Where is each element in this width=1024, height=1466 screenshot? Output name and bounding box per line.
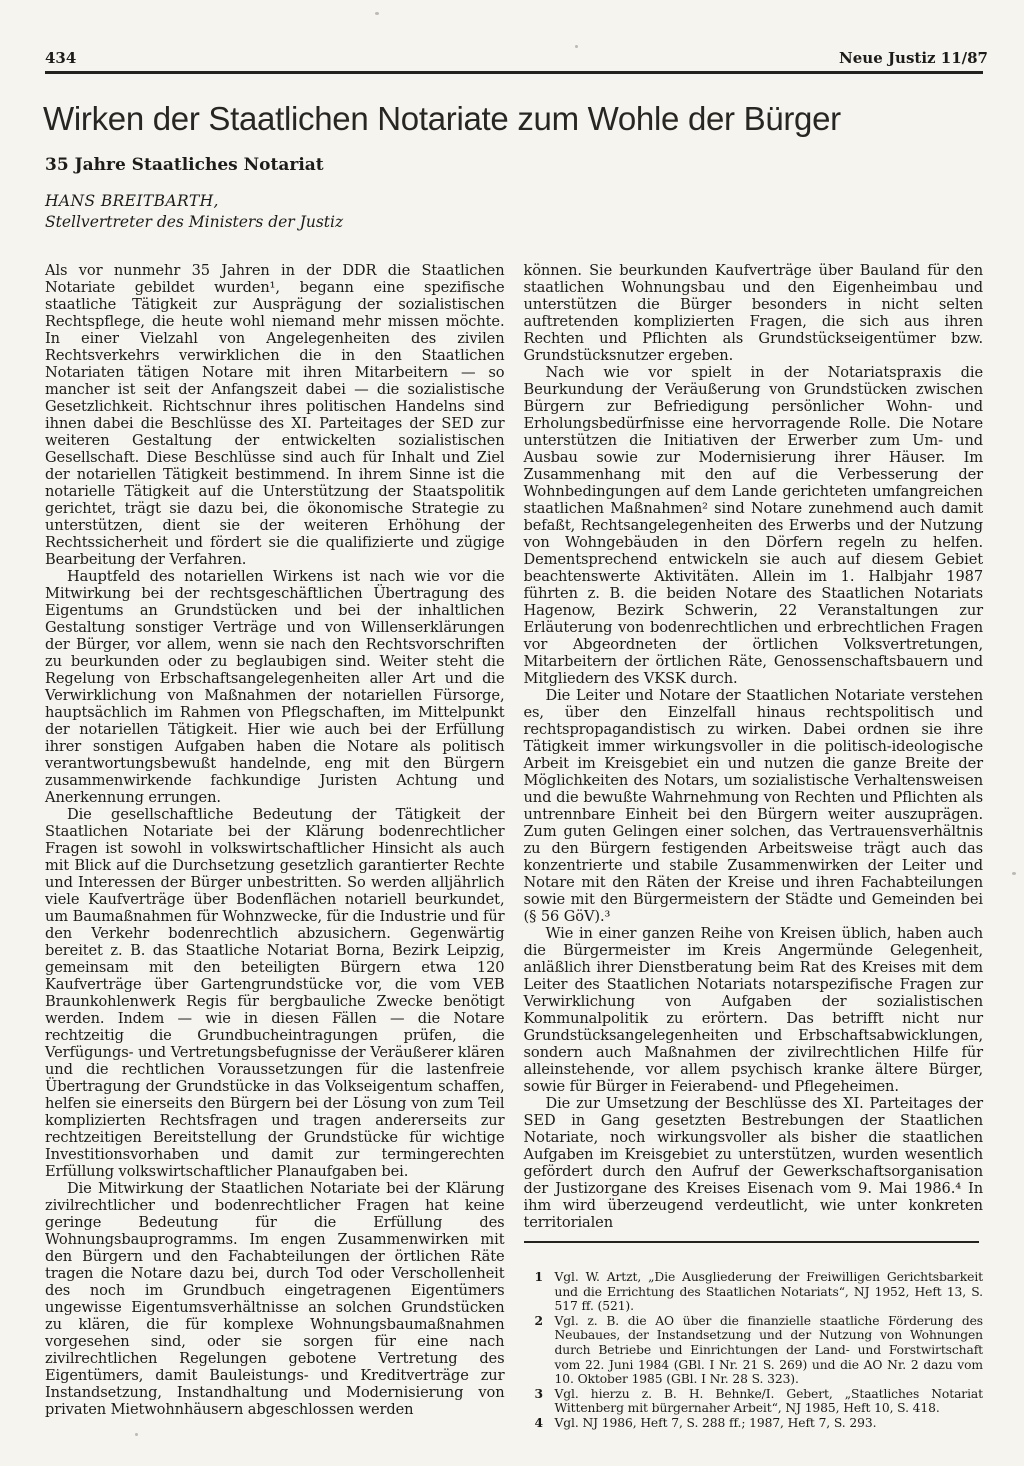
scan-speck	[375, 12, 379, 15]
author-block: HANS BREITBARTH, Stellvertreter des Mini…	[45, 191, 343, 233]
page-number: 434	[45, 49, 76, 67]
footnote-item: 4 Vgl. NJ 1986, Heft 7, S. 288 ff.; 1987…	[524, 1416, 984, 1431]
footnote-item: 3 Vgl. hierzu z. B. H. Behnke/I. Gebert,…	[524, 1387, 984, 1416]
footnote-text: Vgl. NJ 1986, Heft 7, S. 288 ff.; 1987, …	[555, 1416, 984, 1431]
author-name: HANS BREITBARTH,	[45, 191, 343, 212]
scan-speck	[135, 1433, 138, 1436]
footnotes-section: 1 Vgl. W. Artzt, „Die Ausgliederung der …	[524, 1241, 984, 1431]
paragraph: Die Leiter und Notare der Staatlichen No…	[524, 687, 984, 925]
footnote-item: 1 Vgl. W. Artzt, „Die Ausgliederung der …	[524, 1270, 984, 1314]
article-body: Als vor nunmehr 35 Jahren in der DDR die…	[45, 262, 983, 1431]
scan-speck	[575, 45, 578, 48]
footnote-number: 2	[535, 1314, 555, 1387]
journal-page: 434 Neue Justiz 11/87 Wirken der Staatli…	[0, 0, 1024, 1466]
paragraph: Hauptfeld des notariellen Wirkens ist na…	[45, 568, 505, 806]
paragraph: Die zur Umsetzung der Beschlüsse des XI.…	[524, 1095, 984, 1231]
column-left: Als vor nunmehr 35 Jahren in der DDR die…	[45, 262, 505, 1431]
footnote-text: Vgl. W. Artzt, „Die Ausgliederung der Fr…	[555, 1270, 984, 1314]
footnote-text: Vgl. z. B. die AO über die finanzielle s…	[555, 1314, 984, 1387]
footnote-number: 4	[535, 1416, 555, 1431]
column-right: können. Sie beurkunden Kaufverträge über…	[524, 262, 984, 1431]
footnote-separator	[524, 1241, 980, 1243]
paragraph: Als vor nunmehr 35 Jahren in der DDR die…	[45, 262, 505, 568]
paragraph: Nach wie vor spielt in der Notariatsprax…	[524, 364, 984, 687]
article-title: Wirken der Staatlichen Notariate zum Woh…	[43, 100, 841, 138]
paragraph: können. Sie beurkunden Kaufverträge über…	[524, 262, 984, 364]
paragraph: Die Mitwirkung der Staatlichen Notariate…	[45, 1180, 505, 1418]
footnote-item: 2 Vgl. z. B. die AO über die finanzielle…	[524, 1314, 984, 1387]
footnote-number: 1	[535, 1270, 555, 1314]
paragraph: Wie in einer ganzen Reihe von Kreisen üb…	[524, 925, 984, 1095]
paragraph: Die gesellschaftliche Bedeutung der Täti…	[45, 806, 505, 1180]
article-subtitle: 35 Jahre Staatliches Notariat	[45, 155, 324, 175]
footnote-number: 3	[535, 1387, 555, 1416]
footnote-text: Vgl. hierzu z. B. H. Behnke/I. Gebert, „…	[555, 1387, 984, 1416]
author-role: Stellvertreter des Ministers der Justiz	[45, 212, 343, 233]
header-rule	[45, 71, 983, 74]
page-header: 434 Neue Justiz 11/87	[45, 49, 988, 67]
journal-title: Neue Justiz 11/87	[839, 49, 988, 67]
scan-speck	[1012, 872, 1016, 875]
